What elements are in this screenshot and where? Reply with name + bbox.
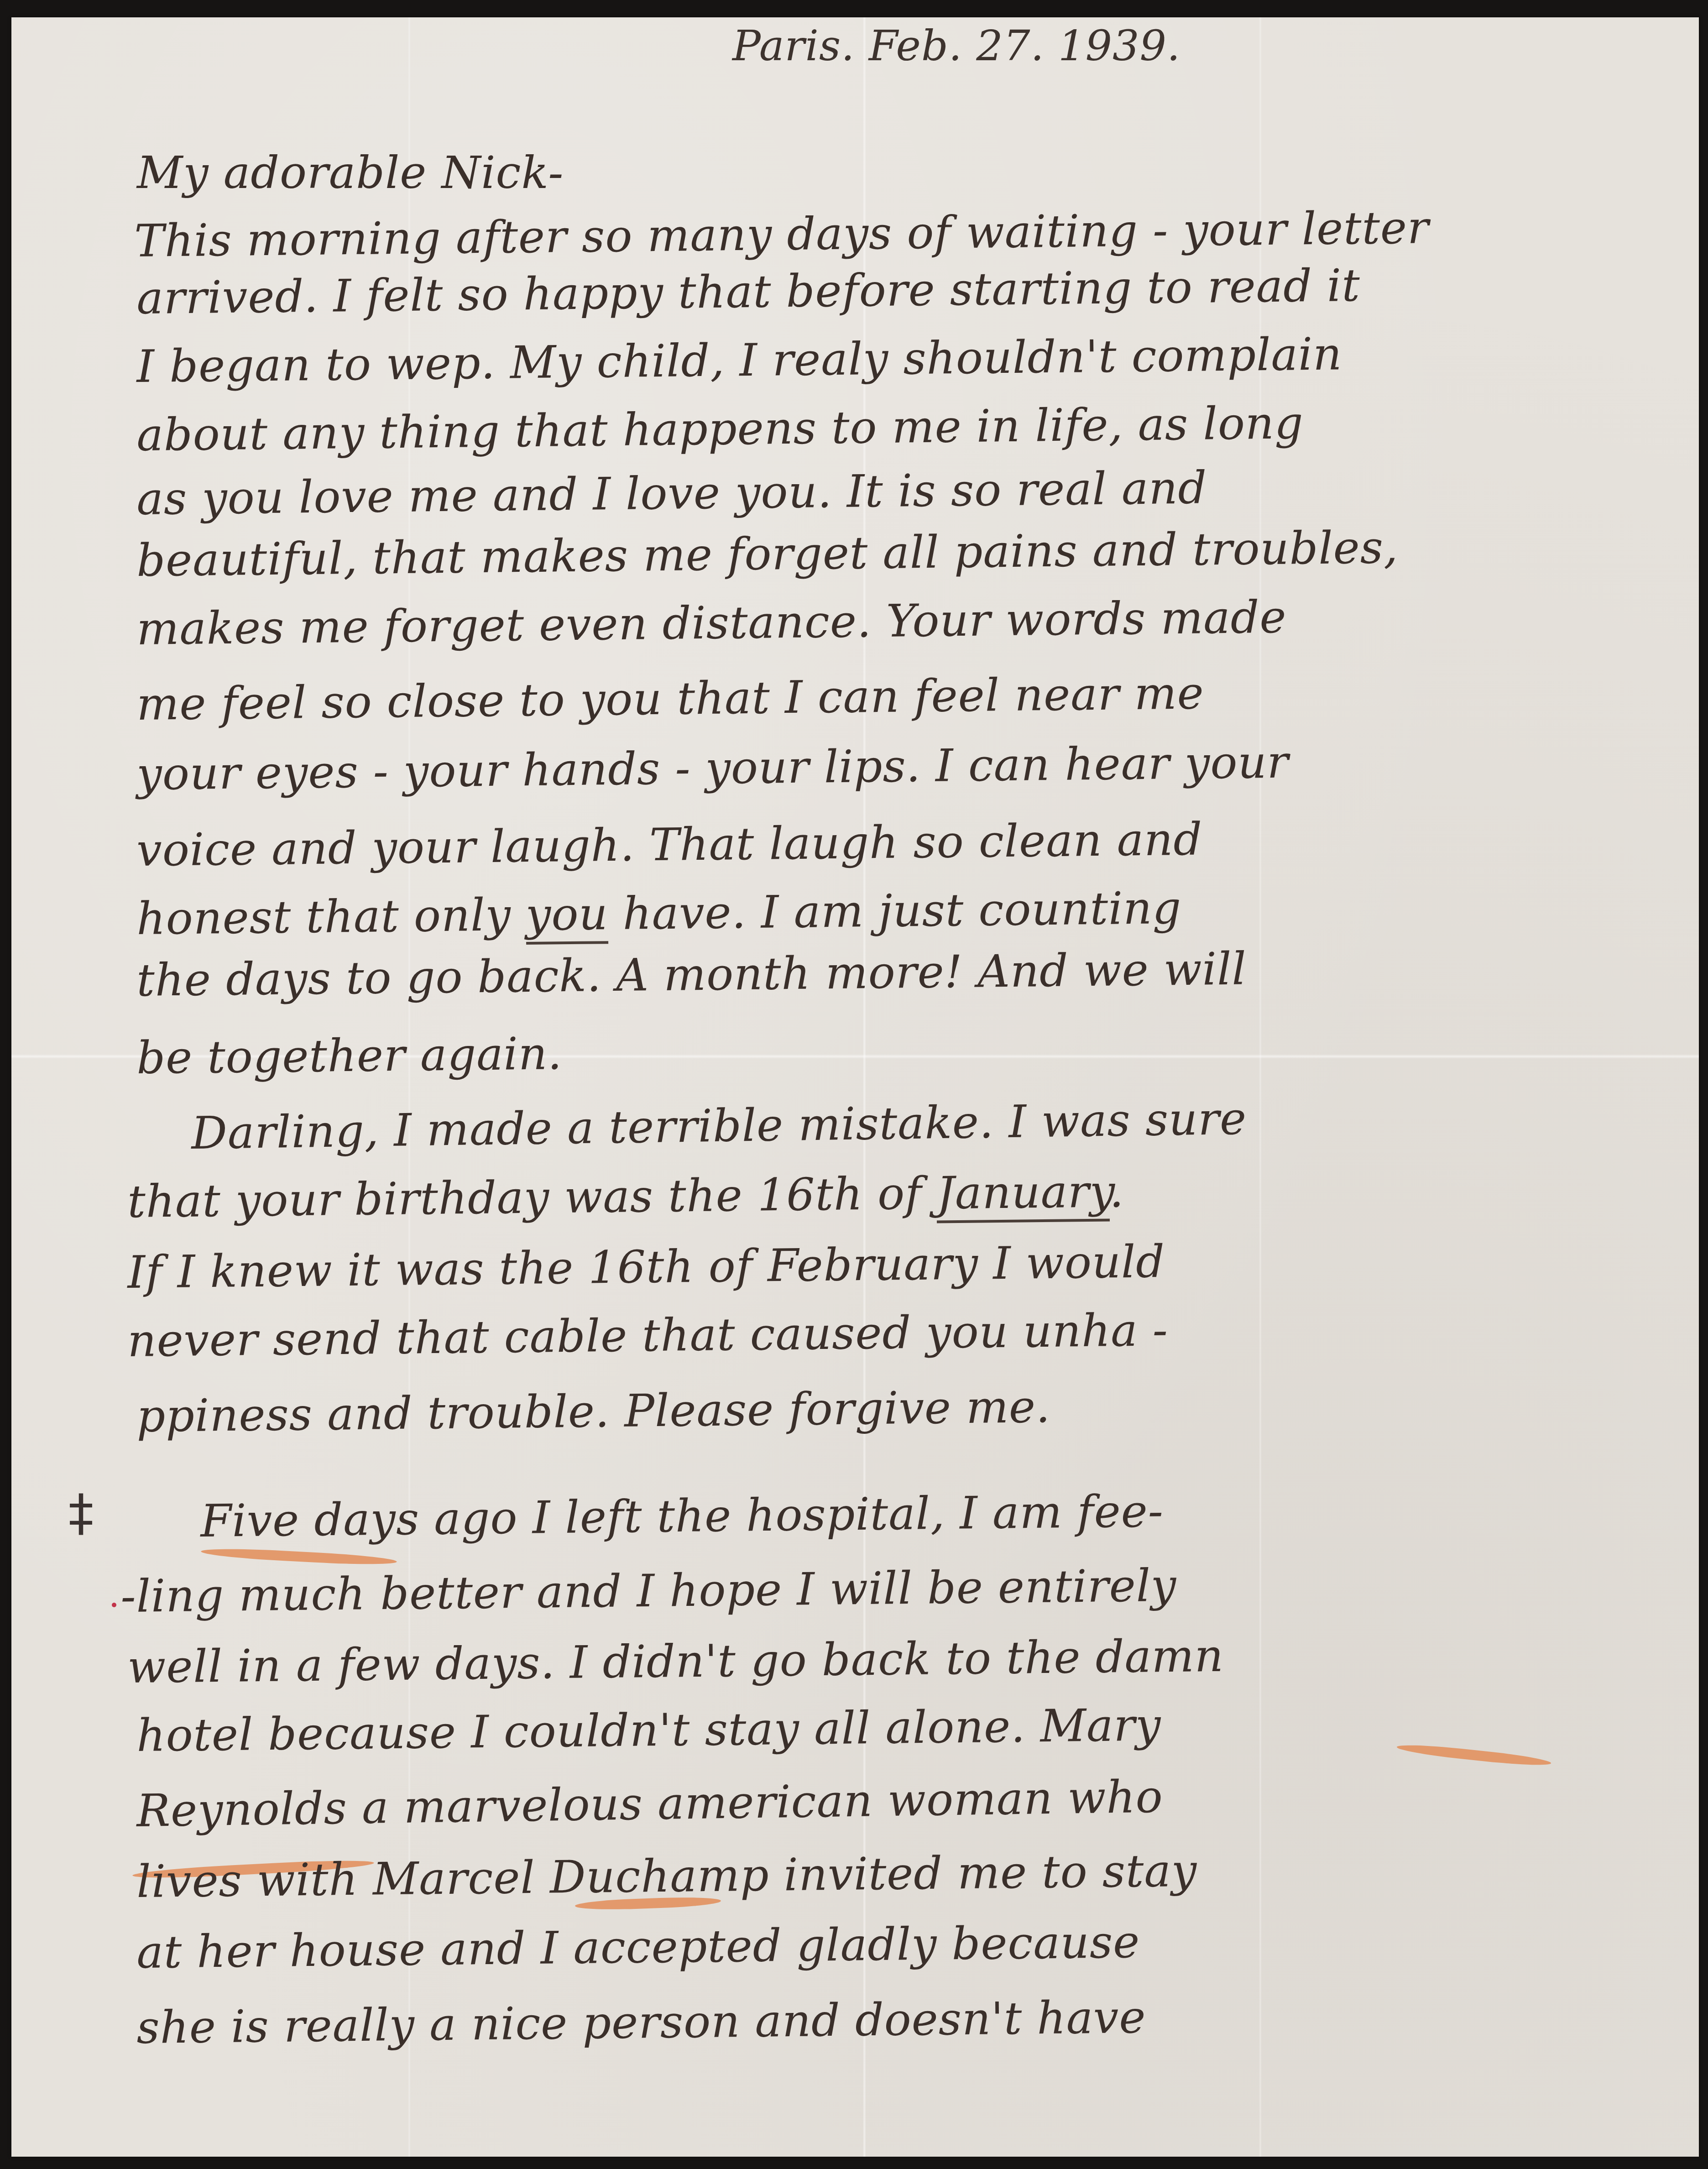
letter-line: arrived. I felt so happy that before sta… [136,263,1360,321]
letter-line: honest that only you have. I am just cou… [136,886,1182,941]
letter-line: the days to go back. A month more! And w… [136,947,1247,1003]
letter-line: -ling much better and I hope I will be e… [120,1563,1177,1619]
line-text: lives with [136,1854,373,1908]
highlighted-name: Reynolds [136,1782,348,1837]
line-text: hotel because I couldn't stay all alone. [136,1700,1040,1762]
highlighted-name: Mary [1040,1699,1161,1752]
dateline: Paris. Feb. 27. 1939. [732,25,1180,67]
margin-mark-icon: ‡ [68,1488,94,1538]
salutation: My adorable Nick- [137,151,564,195]
letter-line: as you love me and I love you. It is so … [136,465,1207,522]
letter-line: never send that cable that caused you un… [127,1308,1168,1364]
line-text: I left the hospital, I am fee- [517,1485,1164,1544]
line-text: that your birthday was the 16th of [127,1167,937,1228]
letter-line: that your birthday was the 16th of Janua… [127,1169,1124,1224]
letter-line: me feel so close to you that I can feel … [136,671,1204,727]
letter-line: she is really a nice person and doesn't … [136,1995,1146,2050]
letter-line: ppiness and trouble. Please forgive me. [136,1385,1051,1439]
letter-line: Reynolds a marvelous american woman who [136,1775,1164,1834]
letter-line: This morning after so many days of waiti… [134,205,1429,264]
highlighted-name: Marcel Duchamp [372,1849,769,1905]
letter-line: Five days ago I left the hospital, I am … [200,1489,1164,1544]
line-text: . [1109,1166,1124,1218]
letter-line: about any thing that happens to me in li… [136,401,1304,458]
letter-line: I began to wep. My child, I realy should… [136,332,1342,389]
letter-line: be together again. [136,1031,563,1081]
letter-line: your eyes - your hands - your lips. I ca… [136,740,1289,797]
line-text: have. I am just counting [608,882,1182,940]
red-dot-mark [112,1603,116,1607]
line-text: invited me to stay [769,1845,1197,1902]
line-text: honest that only [136,889,526,945]
highlighted-phrase: Five days ago [200,1492,518,1547]
letter-line: Darling, I made a terrible mistake. I wa… [191,1097,1247,1156]
letter-line: If I knew it was the 16th of February I … [127,1239,1165,1295]
letter-line: beautiful, that makes me forget all pain… [136,525,1399,583]
underlined-word: January [936,1166,1110,1223]
letter-line: at her house and I accepted gladly becau… [136,1920,1140,1975]
letter-line: voice and your laugh. That laugh so clea… [136,817,1203,873]
letter-line: makes me forget even distance. Your word… [136,595,1287,652]
letter-line: lives with Marcel Duchamp invited me to … [136,1849,1197,1904]
letter-line: well in a few days. I didn't go back to … [127,1634,1224,1690]
letter-line: hotel because I couldn't stay all alone.… [136,1703,1161,1758]
underlined-word: you [525,888,608,945]
